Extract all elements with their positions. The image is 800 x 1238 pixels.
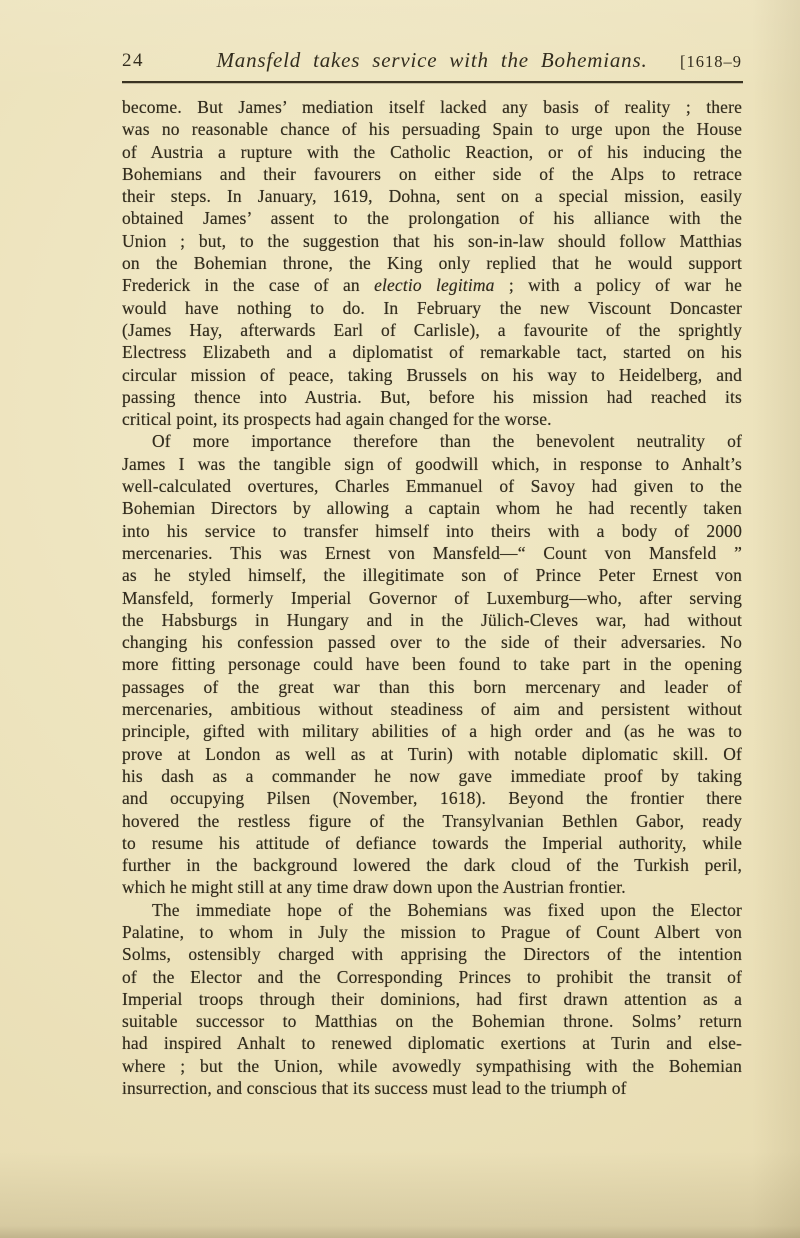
text-line: prove at London as well as at Turin) wit… (122, 743, 742, 765)
text-line: passages of the great war than this born… (122, 676, 742, 698)
text-line: was no reasonable chance of his persuadi… (122, 118, 742, 140)
text-line: on the Bohemian throne, the King only re… (122, 252, 742, 274)
text-line: Mansfeld, formerly Imperial Governor of … (122, 587, 742, 609)
text-line: Electress Elizabeth and a diplomatist of… (122, 341, 742, 363)
text-line: would have nothing to do. In February th… (122, 297, 742, 319)
page-header: 24 Mansfeld takes service with the Bohem… (122, 48, 742, 74)
text-line: hovered the restless figure of the Trans… (122, 810, 742, 832)
text-line: where ; but the Union, while avowedly sy… (122, 1055, 742, 1077)
text-line: had inspired Anhalt to renewed diplomati… (122, 1032, 742, 1054)
text-line: more fitting personage could have been f… (122, 653, 742, 675)
text-line: insurrection, and conscious that its suc… (122, 1077, 742, 1099)
text-line: Solms, ostensibly charged with apprising… (122, 943, 742, 965)
header-rule (122, 81, 743, 83)
text-line: passing thence into Austria. But, before… (122, 386, 742, 408)
text-line: to resume his attitude of defiance towar… (122, 832, 742, 854)
text-line: which he might still at any time draw do… (122, 876, 742, 898)
text-line: James I was the tangible sign of goodwil… (122, 453, 742, 475)
text-line: become. But James’ mediation itself lack… (122, 96, 742, 118)
text-line: and occupying Pilsen (November, 1618). B… (122, 787, 742, 809)
text-line: Union ; but, to the suggestion that his … (122, 230, 742, 252)
text-line: principle, gifted with military abilitie… (122, 720, 742, 742)
text-line: well-calculated overtures, Charles Emman… (122, 475, 742, 497)
text-line: obtained James’ assent to the prolongati… (122, 207, 742, 229)
text-line: Frederick in the case of an electio legi… (122, 274, 742, 296)
text-line: further in the background lowered the da… (122, 854, 742, 876)
text-line: critical point, its prospects had again … (122, 408, 742, 430)
text-line: Bohemian Directors by allowing a captain… (122, 497, 742, 519)
text-line: suitable successor to Matthias on the Bo… (122, 1010, 742, 1032)
text-line: of the Elector and the Corresponding Pri… (122, 966, 742, 988)
running-title: Mansfeld takes service with the Bohemian… (162, 48, 702, 73)
text-line: the Habsburgs in Hungary and in the Jüli… (122, 609, 742, 631)
text-line: Palatine, to whom in July the mission to… (122, 921, 742, 943)
text-line: The immediate hope of the Bohemians was … (122, 899, 742, 921)
text-line: as he styled himself, the illegitimate s… (122, 564, 742, 586)
text-line: Of more importance therefore than the be… (122, 430, 742, 452)
text-line: changing his confession passed over to t… (122, 631, 742, 653)
year-range: [1618–9 (680, 52, 742, 72)
page-body: become. But James’ mediation itself lack… (122, 96, 742, 1099)
text-line: Imperial troops through their dominions,… (122, 988, 742, 1010)
text-line: his dash as a commander he now gave imme… (122, 765, 742, 787)
page-number: 24 (122, 50, 144, 72)
text-line: circular mission of peace, taking Brusse… (122, 364, 742, 386)
text-line: into his service to transfer himself int… (122, 520, 742, 542)
text-line: mercenaries. This was Ernest von Mansfel… (122, 542, 742, 564)
book-page: 24 Mansfeld takes service with the Bohem… (0, 0, 800, 1238)
text-line: their steps. In January, 1619, Dohna, se… (122, 185, 742, 207)
text-line: mercenaries, ambitious without steadines… (122, 698, 742, 720)
text-line: Bohemians and their favourers on either … (122, 163, 742, 185)
text-line: (James Hay, afterwards Earl of Carlisle)… (122, 319, 742, 341)
text-line: of Austria a rupture with the Catholic R… (122, 141, 742, 163)
